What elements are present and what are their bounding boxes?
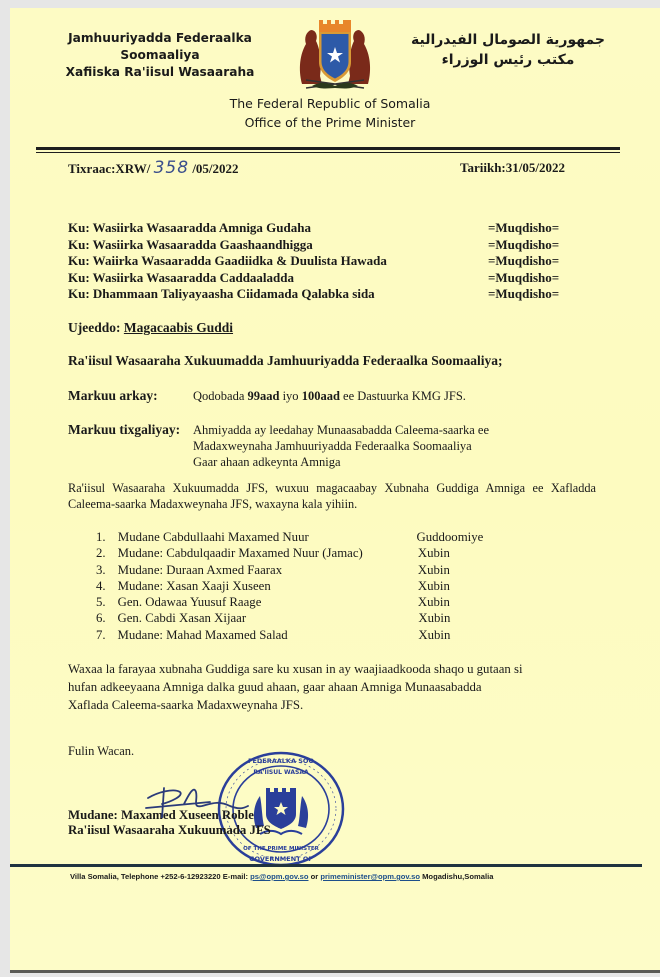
instruction-line: hufan adkeeyaana Amniga dalka guud ahaan…: [68, 678, 588, 696]
recipients-list: Ku: Wasiirka Wasaaradda Amniga Gudaha =M…: [68, 220, 588, 303]
instruction-line: Waxaa la farayaa xubnaha Guddiga sare ku…: [68, 660, 588, 678]
considered-line: Madaxweynaha Jamhuuriyadda Federaalka So…: [193, 438, 489, 454]
member-name: Mudane: Xasan Xaaji Xuseen: [118, 579, 412, 595]
footer-city: Mogadishu,Somalia: [420, 872, 493, 881]
recipient-row: Ku: Wasiirka Wasaaradda Caddaaladda =Muq…: [68, 270, 588, 287]
seen-text: iyo: [279, 389, 301, 403]
member-row: 3.Mudane: Duraan Axmed FaaraxXubin: [96, 563, 516, 579]
member-name: Mudane Cabdullaahi Maxamed Nuur: [118, 530, 417, 546]
footer-divider: [10, 864, 642, 867]
svg-text:OF THE PRIME MINISTER: OF THE PRIME MINISTER: [243, 846, 319, 852]
recipient-city: =Muqdisho=: [488, 270, 588, 287]
header-left-line2: Xafiiska Ra'iisul Wasaaraha: [30, 64, 290, 81]
member-row: 2.Mudane: Cabdulqaadir Maxamed Nuur (Jam…: [96, 546, 516, 562]
subject-label: Ujeeddo:: [68, 320, 121, 335]
header-right-arabic: جمهورية الصومال الفيدرالية مكتب رئيس الو…: [398, 30, 618, 70]
header-right-line1: جمهورية الصومال الفيدرالية: [398, 30, 618, 50]
letter-date: Tariikh:31/05/2022: [460, 160, 565, 176]
somalia-coat-of-arms-icon: [292, 14, 378, 92]
email-link-ps[interactable]: ps@opm.gov.so: [250, 872, 308, 881]
recipient-name: Ku: Wasiirka Wasaaradda Caddaaladda: [68, 270, 294, 287]
member-row: 5.Gen. Odawaa Yuusuf RaageXubin: [96, 595, 516, 611]
recipient-name: Ku: Dhammaan Taliyayaasha Ciidamada Qala…: [68, 286, 375, 303]
considered-line: Gaar ahaan adkeynta Amniga: [193, 454, 489, 470]
member-number: 5.: [96, 595, 118, 611]
reference-prefix: Tixraac:XRW/: [68, 161, 150, 176]
header-center-english: The Federal Republic of Somalia Office o…: [160, 94, 500, 132]
member-number: 3.: [96, 563, 118, 579]
recipient-name: Ku: Wasiirka Wasaaradda Amniga Gudaha: [68, 220, 311, 237]
member-role: Xubin: [412, 546, 516, 562]
member-name: Gen. Cabdi Xasan Xijaar: [117, 611, 410, 627]
footer-contact: Villa Somalia, Telephone +252-6-12923220…: [70, 872, 493, 881]
header-left-somali: Jamhuuriyadda Federaalka Soomaaliya Xafi…: [30, 30, 290, 81]
recipient-city: =Muqdisho=: [488, 286, 588, 303]
considered-value: Ahmiyadda ay leedahay Munaasabadda Calee…: [193, 422, 489, 470]
seen-text: Qodobada: [193, 389, 248, 403]
header-left-line1: Jamhuuriyadda Federaalka Soomaaliya: [30, 30, 290, 64]
member-role: Xubin: [410, 611, 516, 627]
member-row: 6.Gen. Cabdi Xasan XijaarXubin: [96, 611, 516, 627]
appointment-paragraph: Ra'iisul Wasaaraha Xukuumadda JFS, wuxuu…: [68, 480, 596, 512]
header-center-line2: Office of the Prime Minister: [160, 113, 500, 132]
svg-text:FEDERAALKA SOO: FEDERAALKA SOO: [248, 757, 314, 765]
subject-value: Magacaabis Guddi: [124, 320, 233, 335]
header-right-line2: مكتب رئيس الوزراء: [398, 50, 618, 70]
member-number: 7.: [96, 628, 117, 644]
recipient-city: =Muqdisho=: [488, 220, 588, 237]
handwritten-signature-icon: [140, 778, 250, 818]
seen-value: Qodobada 99aad iyo 100aad ee Dastuurka K…: [193, 389, 466, 404]
recipient-name: Ku: Waiirka Wasaaradda Gaadiidka & Duuli…: [68, 253, 387, 270]
footer-address: Villa Somalia, Telephone +252-6-12923220…: [70, 872, 250, 881]
letter-page: Jamhuuriyadda Federaalka Soomaaliya Xafi…: [10, 8, 660, 973]
recipient-city: =Muqdisho=: [488, 253, 588, 270]
recipient-city: =Muqdisho=: [488, 237, 588, 254]
recipient-name: Ku: Wasiirka Wasaaradda Gaashaandhigga: [68, 237, 313, 254]
issuer-line: Ra'iisul Wasaaraha Xukuumadda Jamhuuriya…: [68, 353, 502, 369]
subject-line: Ujeeddo: Magacaabis Guddi: [68, 320, 233, 336]
member-name: Gen. Odawaa Yuusuf Raage: [118, 595, 412, 611]
email-link-primeminister[interactable]: primeminister@opm.gov.so: [320, 872, 420, 881]
svg-text:GOVERNMENT OF: GOVERNMENT OF: [249, 855, 313, 863]
header-divider: [36, 147, 620, 150]
svg-text:RA'IISUL WASAA: RA'IISUL WASAA: [253, 769, 309, 776]
closing-phrase: Fulin Wacan.: [68, 744, 134, 759]
member-role: Xubin: [412, 595, 516, 611]
seen-article-2: 100aad: [302, 389, 340, 403]
instruction-paragraph: Waxaa la farayaa xubnaha Guddiga sare ku…: [68, 660, 588, 714]
seen-text: ee Dastuurka KMG JFS.: [340, 389, 466, 403]
recipient-row: Ku: Wasiirka Wasaaradda Gaashaandhigga =…: [68, 237, 588, 254]
header-divider-thin: [36, 152, 620, 153]
seen-label: Markuu arkay:: [68, 388, 158, 404]
recipient-row: Ku: Dhammaan Taliyayaasha Ciidamada Qala…: [68, 286, 588, 303]
signatory-title: Ra'iisul Wasaaraha Xukuumada JFS: [68, 823, 271, 838]
member-name: Mudane: Mahad Maxamed Salad: [117, 628, 410, 644]
committee-members-list: 1.Mudane Cabdullaahi Maxamed NuurGuddoom…: [96, 530, 516, 644]
recipient-row: Ku: Wasiirka Wasaaradda Amniga Gudaha =M…: [68, 220, 588, 237]
member-name: Mudane: Duraan Axmed Faarax: [118, 563, 412, 579]
instruction-line: Xaflada Caleema-saarka Madaxweynaha JFS.: [68, 696, 588, 714]
seen-article-1: 99aad: [248, 389, 280, 403]
considered-line: Ahmiyadda ay leedahay Munaasabadda Calee…: [193, 422, 489, 438]
considered-label: Markuu tixgaliyay:: [68, 422, 180, 438]
member-row: 4.Mudane: Xasan Xaaji XuseenXubin: [96, 579, 516, 595]
member-row: 7.Mudane: Mahad Maxamed SaladXubin: [96, 628, 516, 644]
member-role: Xubin: [412, 579, 516, 595]
reference-number: Tixraac:XRW/ 358 /05/2022: [68, 158, 239, 178]
member-role: Guddoomiye: [416, 530, 516, 546]
footer-or: or: [309, 872, 321, 881]
member-number: 4.: [96, 579, 118, 595]
header-center-line1: The Federal Republic of Somalia: [160, 94, 500, 113]
recipient-row: Ku: Waiirka Wasaaradda Gaadiidka & Duuli…: [68, 253, 588, 270]
member-number: 6.: [96, 611, 117, 627]
reference-handwritten-number: 358: [154, 158, 189, 178]
reference-suffix: /05/2022: [192, 161, 238, 176]
member-row: 1.Mudane Cabdullaahi Maxamed NuurGuddoom…: [96, 530, 516, 546]
member-name: Mudane: Cabdulqaadir Maxamed Nuur (Jamac…: [118, 546, 412, 562]
member-role: Xubin: [410, 628, 516, 644]
member-number: 2.: [96, 546, 118, 562]
member-number: 1.: [96, 530, 118, 546]
member-role: Xubin: [412, 563, 516, 579]
